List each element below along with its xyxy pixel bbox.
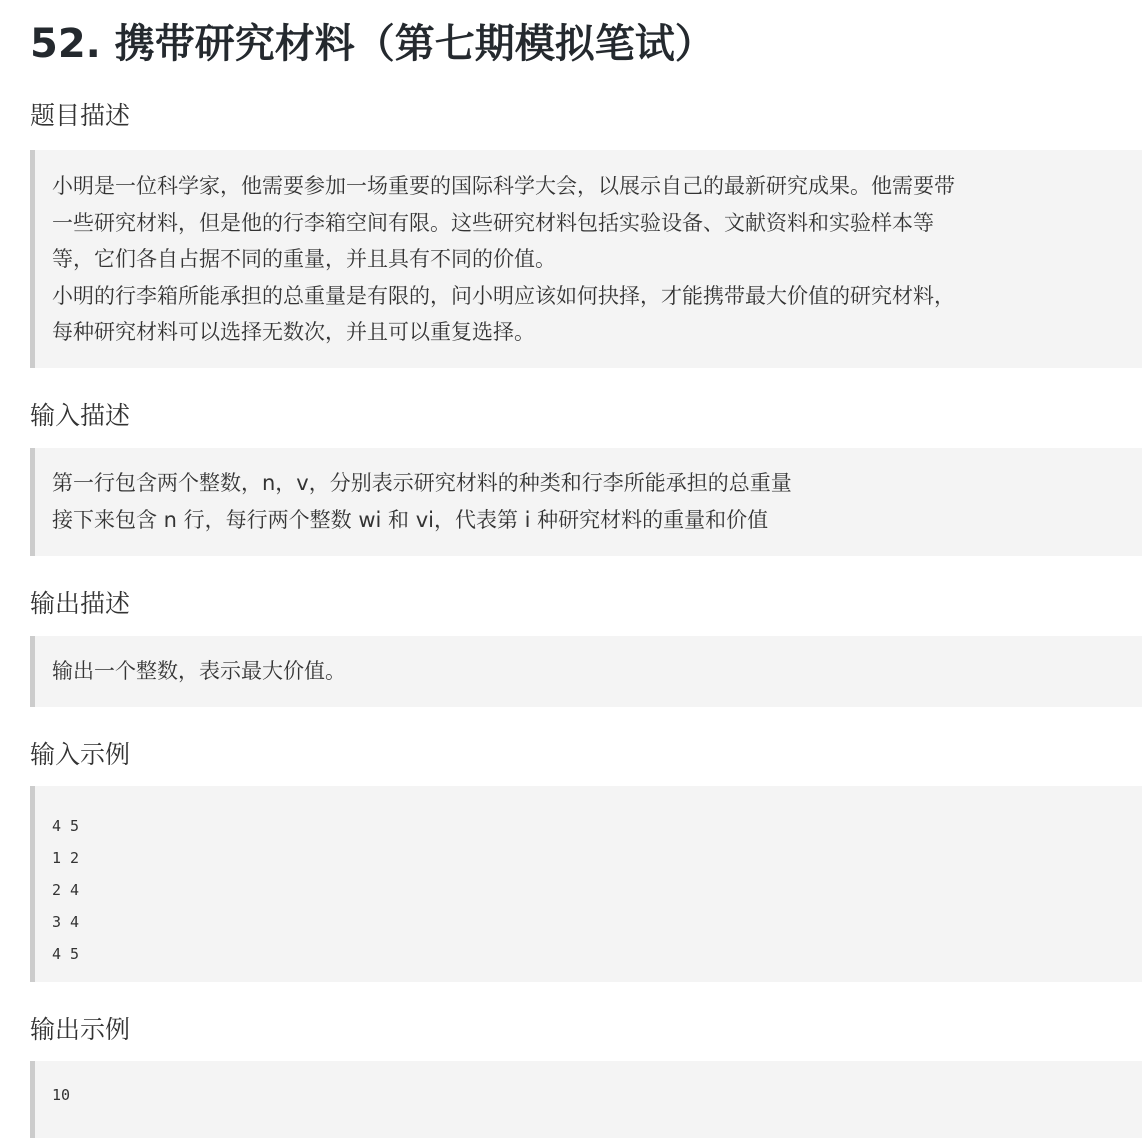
description-line: 小明的行李箱所能承担的总重量是有限的，问小明应该如何抉择，才能携带最大价值的研究… [52, 278, 1142, 315]
output-description-block: 输出一个整数，表示最大价值。 [30, 636, 1142, 707]
input-example-code: 4 5 1 2 2 4 3 4 4 5 [30, 786, 1142, 982]
input-description-heading: 输入描述 [30, 399, 130, 433]
description-line: 小明是一位科学家，他需要参加一场重要的国际科学大会，以展示自己的最新研究成果。他… [52, 168, 1142, 205]
code-line: 10 [52, 1079, 1142, 1111]
code-line: 3 4 [52, 906, 1142, 938]
code-line: 1 2 [52, 842, 1142, 874]
page-title: 52. 携带研究材料（第七期模拟笔试） [30, 14, 715, 74]
input-description-line: 第一行包含两个整数，n，v，分别表示研究材料的种类和行李所能承担的总重量 [52, 465, 1142, 502]
output-description-line: 输出一个整数，表示最大价值。 [52, 653, 1142, 690]
description-block: 小明是一位科学家，他需要参加一场重要的国际科学大会，以展示自己的最新研究成果。他… [30, 150, 1142, 368]
code-line: 2 4 [52, 874, 1142, 906]
input-description-line: 接下来包含 n 行，每行两个整数 wi 和 vi，代表第 i 种研究材料的重量和… [52, 502, 1142, 539]
description-heading: 题目描述 [30, 99, 130, 133]
description-line: 每种研究材料可以选择无数次，并且可以重复选择。 [52, 314, 1142, 351]
code-line: 4 5 [52, 938, 1142, 970]
description-line: 等，它们各自占据不同的重量，并且具有不同的价值。 [52, 241, 1142, 278]
output-example-heading: 输出示例 [30, 1013, 130, 1047]
input-example-heading: 输入示例 [30, 738, 130, 772]
input-description-block: 第一行包含两个整数，n，v，分别表示研究材料的种类和行李所能承担的总重量 接下来… [30, 448, 1142, 556]
description-line: 一些研究材料，但是他的行李箱空间有限。这些研究材料包括实验设备、文献资料和实验样… [52, 205, 1142, 242]
output-description-heading: 输出描述 [30, 587, 130, 621]
output-example-code: 10 [30, 1061, 1142, 1138]
code-line: 4 5 [52, 810, 1142, 842]
